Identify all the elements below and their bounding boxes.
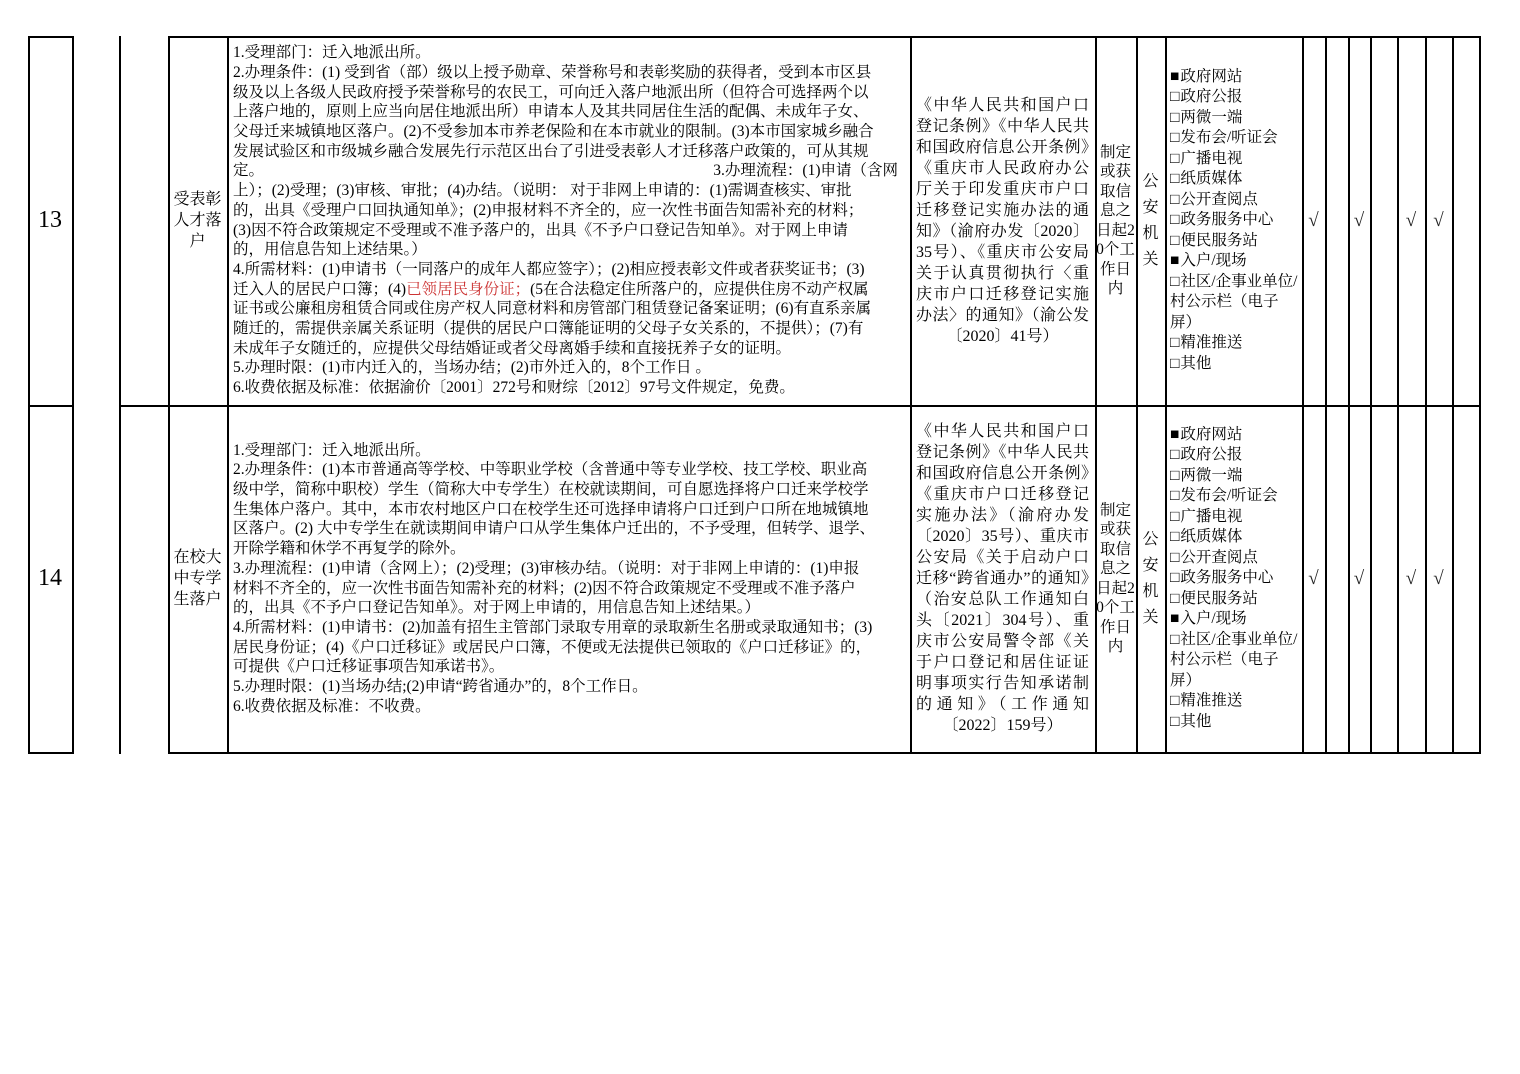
checkbox-unchecked-icon: □ (1170, 129, 1179, 146)
description-line: 2.办理条件：(1) 受到省（部）级以上授予勋章、荣誉称号和表彰奖励的获得者，受… (233, 63, 898, 83)
channel-label: 政府公报 (1180, 446, 1242, 463)
channel-label: 广播电视 (1180, 508, 1242, 525)
time-limit-cell: 制定或获取信息之日起20个工作日内 (1095, 36, 1136, 405)
description-line: 2.办理条件：(1)本市普通高等学校、中等职业学校（含普通中等专业学校、技工学校… (233, 460, 898, 480)
authority-text: 公安机关 (1136, 527, 1165, 631)
checkbox-unchecked-icon: □ (1170, 446, 1179, 463)
description-line: 迁入人的居民户口簿；(4)已领居民身份证；(5在合法稳定住所落户的，应提供住房不… (233, 280, 898, 300)
description-line: 5.办理时限：(1)当场办结;(2)申请“跨省通办”的，8个工作日。 (233, 677, 898, 697)
table-border-line (72, 36, 74, 754)
description-line: 生集体户落户。其中，本市农村地区户口在校学生还可选择申请将户口迁到户口所在地城镇… (233, 500, 898, 520)
description-line: 1.受理部门：迁入地派出所。 (233, 441, 898, 461)
row-number: 13 (38, 207, 62, 234)
description-line: 的，用信息告知上述结果。） (233, 240, 898, 260)
description-line-segment: 3.办理流程：(1)申请（含网 (713, 161, 898, 181)
description-line: 居民身份证；(4)《户口迁移证》或居民户口簿，不便或无法提供已领取的《户口迁移证… (233, 638, 898, 658)
description-line: 未成年子女随迁的，应提供父母结婚证或者父母离婚手续和直接抚养子女的证明。 (233, 339, 898, 359)
table-border-line (1095, 36, 1097, 754)
channel-item: □政府公报 (1170, 445, 1300, 466)
checkmark-cell: √ (1348, 405, 1370, 752)
checkbox-checked-icon: ■ (1170, 252, 1179, 269)
table-border-line (168, 36, 170, 754)
checkmark-cell: √ (1397, 36, 1425, 405)
empty-mark-cell (1370, 36, 1397, 405)
channel-item: □政府公报 (1170, 87, 1300, 108)
channel-item: □精准推送 (1170, 333, 1300, 354)
checkbox-unchecked-icon: □ (1170, 549, 1179, 566)
channel-item: ■入户/现场 (1170, 609, 1300, 630)
checkbox-unchecked-icon: □ (1170, 692, 1179, 709)
row-number: 14 (38, 565, 62, 592)
empty-mark-cell (1452, 36, 1479, 405)
channel-label: 公开查阅点 (1180, 549, 1258, 566)
description-line: 发展试验区和市级城乡融合发展先行示范区出台了引进受表彰人才迁移落户政策的，可从其… (233, 142, 898, 162)
table-border-line (168, 36, 1481, 38)
description-line: 的，出具《受理户口回执通知单》；(2)申报材料不齐全的，应一次性书面告知需补充的… (233, 201, 898, 221)
time-limit-text: 制定或获取信息之日起20个工作日内 (1095, 501, 1136, 657)
checkbox-unchecked-icon: □ (1170, 88, 1179, 105)
channel-label: 便民服务站 (1180, 590, 1258, 607)
table-border-line (28, 405, 74, 407)
empty-mark-cell (1452, 405, 1479, 752)
checkbox-unchecked-icon: □ (1170, 211, 1179, 228)
channel-label: 其他 (1180, 355, 1211, 372)
checkmark-cell: √ (1302, 36, 1325, 405)
checkbox-unchecked-icon: □ (1170, 528, 1179, 545)
description-line: 定。3.办理流程：(1)申请（含网 (233, 161, 898, 181)
channel-label: 广播电视 (1180, 150, 1242, 167)
table-border-line (1165, 36, 1167, 754)
checkmark-cell: √ (1348, 36, 1370, 405)
channel-label: 发布会/听证会 (1180, 487, 1277, 504)
channel-item: □精准推送 (1170, 691, 1300, 712)
channel-item: □纸质媒体 (1170, 527, 1300, 548)
channel-label: 政府公报 (1180, 88, 1242, 105)
description-line: 材料不齐全的，应一次性书面告知需补充的材料；(2)因不符合政策规定不受理或不准予… (233, 579, 898, 599)
channel-item: □发布会/听证会 (1170, 128, 1300, 149)
channel-item: □其他 (1170, 354, 1300, 375)
checkbox-unchecked-icon: □ (1170, 631, 1179, 648)
table-border-line (1425, 36, 1427, 754)
disclosure-channels-cell: ■政府网站□政府公报□两微一端□发布会/听证会□广播电视□纸质媒体□公开查阅点□… (1165, 405, 1302, 752)
table-border-line (1397, 36, 1399, 754)
checkbox-unchecked-icon: □ (1170, 232, 1179, 249)
channel-item: ■入户/现场 (1170, 251, 1300, 272)
description-run: (5在合法稳定住所落户的，应提供住房不动产权属 (530, 281, 868, 298)
description-line-segment: 定。 (233, 161, 264, 181)
item-category: 在校大中专学生落户 (172, 547, 223, 610)
channel-item: □政务服务中心 (1170, 568, 1300, 589)
description-line: 4.所需材料：(1)申请书：(2)加盖有招生主管部门录取专用章的录取新生名册或录… (233, 618, 898, 638)
empty-mark-cell (1370, 405, 1397, 752)
channel-item: □社区/企事业单位/村公示栏（电子屏） (1170, 272, 1300, 334)
channel-label: 入户/现场 (1180, 252, 1246, 269)
table-border-line (227, 36, 229, 754)
authority-cell: 公安机关 (1136, 36, 1165, 405)
channel-item: □公开查阅点 (1170, 548, 1300, 569)
table-border-line (28, 752, 74, 754)
checkbox-unchecked-icon: □ (1170, 273, 1179, 290)
channel-label: 便民服务站 (1180, 232, 1258, 249)
item-category-cell: 受表彰人才落户 (168, 36, 227, 405)
channel-item: □发布会/听证会 (1170, 486, 1300, 507)
item-category-cell: 在校大中专学生落户 (168, 405, 227, 752)
table-border-line (119, 36, 121, 754)
description-line: 3.办理流程：(1)申请（含网上）；(2)受理；(3)审核办结。（说明：对于非网… (233, 559, 898, 579)
description-line: 开除学籍和休学不再复学的除外。 (233, 539, 898, 559)
disclosure-channels-cell: ■政府网站□政府公报□两微一端□发布会/听证会□广播电视□纸质媒体□公开查阅点□… (1165, 36, 1302, 405)
legal-basis-text: 《中华人民共和国户口登记条例》《中华人民共和国政府信息公开条例》《重庆市人民政府… (910, 95, 1095, 347)
channel-label: 精准推送 (1180, 334, 1242, 351)
channel-item: ■政府网站 (1170, 67, 1300, 88)
channel-label: 政府网站 (1180, 68, 1242, 85)
checkmark-cell: √ (1425, 36, 1452, 405)
procedure-details-cell: 1.受理部门：迁入地派出所。2.办理条件：(1)本市普通高等学校、中等职业学校（… (227, 405, 910, 752)
checkbox-unchecked-icon: □ (1170, 508, 1179, 525)
description-line: 级中学，简称中职校）学生（简称大中专学生）在校就读期间，可自愿选择将户口迁来学校… (233, 480, 898, 500)
empty-mark-cell (1325, 405, 1348, 752)
channel-label: 公开查阅点 (1180, 191, 1258, 208)
description-line: 随迁的，需提供亲属关系证明（提供的居民户口簿能证明的父母子女关系的，不提供）；(… (233, 319, 898, 339)
table-border-line (1348, 36, 1350, 754)
description-line: 的，出具《不予户口登记告知单》。对于网上申请的，用信息告知上述结果。） (233, 598, 898, 618)
row-number-cell: 14 (28, 405, 72, 752)
channel-label: 两微一端 (1180, 109, 1242, 126)
legal-basis-cell: 《中华人民共和国户口登记条例》《中华人民共和国政府信息公开条例》《重庆市户口迁移… (910, 405, 1095, 752)
channel-label: 入户/现场 (1180, 610, 1246, 627)
checkbox-unchecked-icon: □ (1170, 334, 1179, 351)
red-highlight-text: 已领居民身份证； (406, 281, 530, 298)
checkbox-unchecked-icon: □ (1170, 713, 1179, 730)
checkbox-checked-icon: ■ (1170, 610, 1179, 627)
checkbox-unchecked-icon: □ (1170, 355, 1179, 372)
channel-label: 两微一端 (1180, 467, 1242, 484)
table-border-line (168, 752, 1481, 754)
channel-label: 政府网站 (1180, 426, 1242, 443)
description-line: 上落户地的，原则上应当向居住地派出所）申请本人及其共同居住生活的配偶、未成年子女… (233, 102, 898, 122)
channel-label: 政务服务中心 (1180, 211, 1273, 228)
channel-item: □社区/企事业单位/村公示栏（电子屏） (1170, 630, 1300, 692)
table-border-line (910, 36, 912, 754)
description-line: 5.办理时限：(1)市内迁入的，当场办结；(2)市外迁入的，8个工作日 。 (233, 358, 898, 378)
checkmark-cell: √ (1397, 405, 1425, 752)
checkbox-unchecked-icon: □ (1170, 191, 1179, 208)
channel-label: 其他 (1180, 713, 1211, 730)
description-line: 区落户。(2) 大中专学生在就读期间申请户口从学生集体户迁出的，不予受理，但转学… (233, 519, 898, 539)
channel-item: □两微一端 (1170, 466, 1300, 487)
description-line: 4.所需材料：(1)申请书（一同落户的成年人都应签字）；(2)相应授表彰文件或者… (233, 260, 898, 280)
description-line: 证书或公廉租房租赁合同或住房产权人同意材料和房管部门租赁登记备案证明；(6)有直… (233, 299, 898, 319)
time-limit-cell: 制定或获取信息之日起20个工作日内 (1095, 405, 1136, 752)
procedure-details-cell: 1.受理部门：迁入地派出所。2.办理条件：(1) 受到省（部）级以上授予勋章、荣… (227, 36, 910, 405)
table-border-line (119, 405, 1481, 407)
table-border-line (1370, 36, 1372, 754)
channel-label: 纸质媒体 (1180, 528, 1242, 545)
time-limit-text: 制定或获取信息之日起20个工作日内 (1095, 143, 1136, 299)
channel-item: □纸质媒体 (1170, 169, 1300, 190)
description-line: 可提供《户口迁移证事项告知承诺书》。 (233, 657, 898, 677)
description-line: 6.收费依据及标准：依据渝价〔2001〕272号和财综〔2012〕97号文件规定… (233, 378, 898, 398)
table-border-line (28, 36, 74, 38)
empty-mark-cell (1325, 36, 1348, 405)
description-line: 上）；(2)受理；(3)审核、审批；(4)办结。（说明： 对于非网上申请的：(1… (233, 181, 898, 201)
channel-label: 纸质媒体 (1180, 170, 1242, 187)
checkbox-unchecked-icon: □ (1170, 170, 1179, 187)
description-line: 级及以上各级人民政府授予荣誉称号的农民工，可向迁入落户地派出所（但符合可选择两个… (233, 83, 898, 103)
channel-label: 精准推送 (1180, 692, 1242, 709)
checkmark-cell: √ (1425, 405, 1452, 752)
channel-item: □广播电视 (1170, 507, 1300, 528)
channel-item: □其他 (1170, 712, 1300, 733)
document-page: 13 受表彰人才落户 1.受理部门：迁入地派出所。2.办理条件：(1) 受到省（… (0, 0, 1520, 1074)
description-line: 父母迁来城镇地区落户。(2)不受参加本市养老保险和在本市就业的限制。(3)本市国… (233, 122, 898, 142)
checkmark-cell: √ (1302, 405, 1325, 752)
table-border-line (28, 36, 30, 754)
description-line: (3)因不符合政策规定不受理或不准予落户的，出具《不予户口登记告知单》。对于网上… (233, 221, 898, 241)
table-border-line (1452, 36, 1454, 754)
checkbox-unchecked-icon: □ (1170, 487, 1179, 504)
checkbox-unchecked-icon: □ (1170, 590, 1179, 607)
legal-basis-cell: 《中华人民共和国户口登记条例》《中华人民共和国政府信息公开条例》《重庆市人民政府… (910, 36, 1095, 405)
channel-item: ■政府网站 (1170, 425, 1300, 446)
item-category: 受表彰人才落户 (172, 189, 223, 252)
channel-label: 社区/企事业单位/村公示栏（电子屏） (1170, 631, 1298, 689)
channel-item: □便民服务站 (1170, 231, 1300, 252)
checkbox-unchecked-icon: □ (1170, 569, 1179, 586)
row-number-cell: 13 (28, 36, 72, 405)
checkbox-unchecked-icon: □ (1170, 467, 1179, 484)
authority-text: 公安机关 (1136, 169, 1165, 273)
description-run: 迁入人的居民户口簿；(4) (233, 281, 406, 298)
checkbox-checked-icon: ■ (1170, 426, 1179, 443)
channel-item: □两微一端 (1170, 108, 1300, 129)
channel-label: 政务服务中心 (1180, 569, 1273, 586)
table-border-line (1136, 36, 1138, 754)
checkbox-unchecked-icon: □ (1170, 150, 1179, 167)
description-line: 1.受理部门：迁入地派出所。 (233, 43, 898, 63)
checkbox-unchecked-icon: □ (1170, 109, 1179, 126)
legal-basis-text: 《中华人民共和国户口登记条例》《中华人民共和国政府信息公开条例》《重庆市户口迁移… (910, 421, 1095, 736)
authority-cell: 公安机关 (1136, 405, 1165, 752)
channel-label: 社区/企事业单位/村公示栏（电子屏） (1170, 273, 1298, 331)
description-line: 6.收费依据及标准：不收费。 (233, 697, 898, 717)
channel-label: 发布会/听证会 (1180, 129, 1277, 146)
table-border-line (1479, 36, 1481, 754)
channel-item: □广播电视 (1170, 149, 1300, 170)
table-border-line (1302, 36, 1304, 754)
channel-item: □政务服务中心 (1170, 210, 1300, 231)
checkbox-checked-icon: ■ (1170, 68, 1179, 85)
channel-item: □便民服务站 (1170, 589, 1300, 610)
table-border-line (1325, 36, 1327, 754)
channel-item: □公开查阅点 (1170, 190, 1300, 211)
